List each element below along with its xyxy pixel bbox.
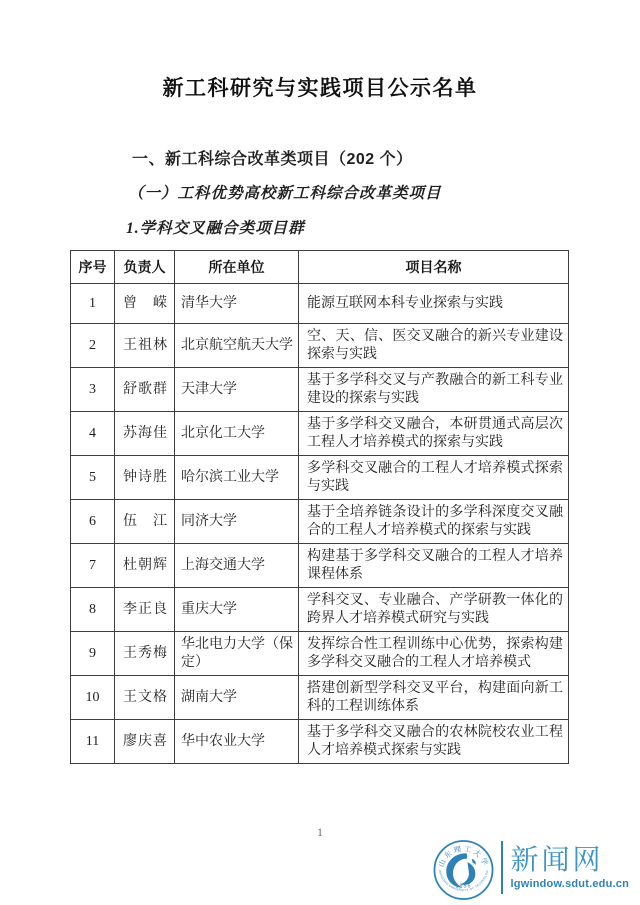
col-header-unit: 所在单位 xyxy=(175,251,299,284)
cell-project: 发挥综合性工程训练中心优势，探索构建多学科交叉融合的工程人才培养模式 xyxy=(299,632,569,676)
table-row: 5 钟诗胜 哈尔滨工业大学 多学科交叉融合的工程人才培养模式探索与实践 xyxy=(71,456,569,500)
table-row: 7 杜朝辉 上海交通大学 构建基于多学科交叉融合的工程人才培养课程体系 xyxy=(71,544,569,588)
cell-name: 王秀梅 xyxy=(115,632,175,676)
seal-emblem-bird-head xyxy=(471,859,475,865)
col-header-project: 项目名称 xyxy=(299,251,569,284)
cell-unit: 清华大学 xyxy=(175,284,299,324)
table-row: 9 王秀梅 华北电力大学（保定） 发挥综合性工程训练中心优势，探索构建多学科交叉… xyxy=(71,632,569,676)
watermark-text-block: 新闻网 lgwindow.sdut.edu.cn xyxy=(511,844,629,896)
cell-name: 李正良 xyxy=(115,588,175,632)
cell-no: 7 xyxy=(71,544,115,588)
cell-unit: 同济大学 xyxy=(175,500,299,544)
cell-no: 5 xyxy=(71,456,115,500)
document-title: 新工科研究与实践项目公示名单 xyxy=(0,0,640,102)
table-row: 8 李正良 重庆大学 学科交叉、专业融合、产学研教一体化的跨界人才培养模式研究与… xyxy=(71,588,569,632)
cell-project: 构建基于多学科交叉融合的工程人才培养课程体系 xyxy=(299,544,569,588)
table-row: 10 王文格 湖南大学 搭建创新型学科交叉平台，构建面向新工科的工程训练体系 xyxy=(71,676,569,720)
cell-unit: 华北电力大学（保定） xyxy=(175,632,299,676)
cell-name: 王文格 xyxy=(115,676,175,720)
table-row: 11 廖庆喜 华中农业大学 基于多学科交叉融合的农林院校农业工程人才培养模式探索… xyxy=(71,720,569,764)
cell-unit: 北京化工大学 xyxy=(175,412,299,456)
cell-no: 11 xyxy=(71,720,115,764)
cell-name: 杜朝辉 xyxy=(115,544,175,588)
cell-unit: 重庆大学 xyxy=(175,588,299,632)
cell-unit: 哈尔滨工业大学 xyxy=(175,456,299,500)
news-site-url: lgwindow.sdut.edu.cn xyxy=(511,878,629,890)
cell-name: 伍 江 xyxy=(115,500,175,544)
cell-name: 王祖林 xyxy=(115,324,175,368)
university-seal-icon: 山东理工大学 1956 SHANDONG UNIVERSITY OF TECHN… xyxy=(432,838,495,902)
cell-no: 9 xyxy=(71,632,115,676)
watermark-divider xyxy=(501,841,503,894)
seal-emblem-small-swirl xyxy=(460,862,475,885)
cell-no: 2 xyxy=(71,324,115,368)
group-heading: 1.学科交叉融合类项目群 xyxy=(126,216,640,238)
cell-name: 钟诗胜 xyxy=(115,456,175,500)
table-row: 1 曾 嵘 清华大学 能源互联网本科专业探索与实践 xyxy=(71,284,569,324)
cell-project: 基于全培养链条设计的多学科深度交叉融合的工程人才培养模式的探索与实践 xyxy=(299,500,569,544)
cell-unit: 上海交通大学 xyxy=(175,544,299,588)
cell-unit: 天津大学 xyxy=(175,368,299,412)
cell-name: 廖庆喜 xyxy=(115,720,175,764)
news-site-name: 新闻网 xyxy=(511,844,629,876)
cell-no: 1 xyxy=(71,284,115,324)
header-row: 序号 负责人 所在单位 项目名称 xyxy=(71,251,569,284)
cell-name: 舒歌群 xyxy=(115,368,175,412)
table-row: 2 王祖林 北京航空航天大学 空、天、信、医交叉融合的新兴专业建设探索与实践 xyxy=(71,324,569,368)
cell-project: 多学科交叉融合的工程人才培养模式探索与实践 xyxy=(299,456,569,500)
cell-project: 基于多学科交叉与产教融合的新工科专业建设的探索与实践 xyxy=(299,368,569,412)
cell-name: 曾 嵘 xyxy=(115,284,175,324)
cell-project: 学科交叉、专业融合、产学研教一体化的跨界人才培养模式研究与实践 xyxy=(299,588,569,632)
cell-project: 能源互联网本科专业探索与实践 xyxy=(299,284,569,324)
section-heading: 一、新工科综合改革类项目（202 个） xyxy=(132,146,640,169)
subsection-heading: （一）工科优势高校新工科综合改革类项目 xyxy=(128,181,640,203)
cell-no: 4 xyxy=(71,412,115,456)
cell-no: 6 xyxy=(71,500,115,544)
cell-unit: 华中农业大学 xyxy=(175,720,299,764)
cell-no: 3 xyxy=(71,368,115,412)
table-row: 3 舒歌群 天津大学 基于多学科交叉与产教融合的新工科专业建设的探索与实践 xyxy=(71,368,569,412)
col-header-name: 负责人 xyxy=(115,251,175,284)
col-header-no: 序号 xyxy=(71,251,115,284)
cell-no: 10 xyxy=(71,676,115,720)
news-site-watermark: 山东理工大学 1956 SHANDONG UNIVERSITY OF TECHN… xyxy=(432,838,629,902)
project-table-body: 1 曾 嵘 清华大学 能源互联网本科专业探索与实践 2 王祖林 北京航空航天大学… xyxy=(71,284,569,764)
cell-project: 空、天、信、医交叉融合的新兴专业建设探索与实践 xyxy=(299,324,569,368)
document-page: 新工科研究与实践项目公示名单 一、新工科综合改革类项目（202 个） （一）工科… xyxy=(0,0,640,905)
cell-project: 基于多学科交叉融合，本研贯通式高层次工程人才培养模式的探索与实践 xyxy=(299,412,569,456)
project-table: 序号 负责人 所在单位 项目名称 1 曾 嵘 清华大学 能源互联网本科专业探索与… xyxy=(70,250,569,764)
cell-unit: 湖南大学 xyxy=(175,676,299,720)
cell-no: 8 xyxy=(71,588,115,632)
table-row: 4 苏海佳 北京化工大学 基于多学科交叉融合，本研贯通式高层次工程人才培养模式的… xyxy=(71,412,569,456)
cell-project: 搭建创新型学科交叉平台，构建面向新工科的工程训练体系 xyxy=(299,676,569,720)
cell-project: 基于多学科交叉融合的农林院校农业工程人才培养模式探索与实践 xyxy=(299,720,569,764)
project-table-header: 序号 负责人 所在单位 项目名称 xyxy=(71,251,569,284)
cell-name: 苏海佳 xyxy=(115,412,175,456)
cell-unit: 北京航空航天大学 xyxy=(175,324,299,368)
table-row: 6 伍 江 同济大学 基于全培养链条设计的多学科深度交叉融合的工程人才培养模式的… xyxy=(71,500,569,544)
